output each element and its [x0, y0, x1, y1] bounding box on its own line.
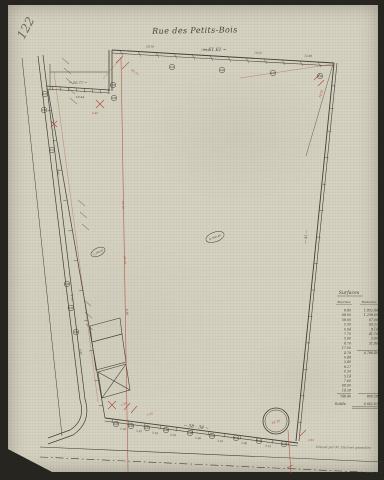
marker-number: 251: [233, 437, 239, 440]
table-cell: 8.14: [371, 327, 378, 331]
road-alignment-red-line: [54, 72, 98, 402]
red-line-measure-a: 41.10: [121, 200, 125, 209]
survey-marker: 253: [281, 441, 287, 447]
building-hatched: [98, 364, 130, 398]
table-cell: 1.298.09: [364, 313, 378, 317]
survey-marker: 233: [110, 82, 116, 88]
survey-marker: 250: [209, 433, 215, 439]
table-cell: 7.60: [344, 379, 351, 383]
bottom-tick-label: 1.70: [120, 427, 127, 432]
table-cell: 3.40: [344, 360, 351, 364]
balance-label: Solde: [335, 401, 347, 406]
marker-number: 237: [49, 149, 55, 152]
parcel-boundary: [46, 50, 337, 446]
survey-marker: 235: [42, 91, 48, 97]
tick-measure-labels: 20.10 18.43 16.25 12.40 8.40 4.76 5.30 1…: [55, 44, 312, 448]
survey-marker: 238: [64, 281, 70, 287]
table-cell: 0.48: [344, 356, 351, 360]
table-title: Surfaces: [339, 290, 360, 296]
balance-double-underline: [352, 407, 378, 408]
table-total-left: 748.40: [340, 395, 351, 399]
table-cell: 8.27: [344, 365, 352, 369]
survey-marker: 240: [73, 329, 79, 335]
table-cell: 58.00: [342, 318, 351, 322]
table-cell: 67.06: [369, 318, 378, 322]
red-note-bottom-right: 2.82: [307, 438, 314, 442]
marker-number: 241: [169, 66, 175, 69]
annex-dimension: ~ 10.77 ~: [69, 81, 88, 85]
balance-value: 6.662.63: [364, 402, 378, 406]
survey-marker: 247: [144, 425, 150, 431]
table-cell: 0.64: [344, 327, 351, 331]
survey-marker: 244: [317, 73, 323, 79]
survey-marker: 242: [219, 67, 225, 73]
marker-number: 243: [270, 72, 276, 75]
far-left-boundary: [22, 58, 62, 436]
table-cell: 5.30: [344, 323, 351, 327]
surveyor-signature: Dressé par M. Charvet géomètre: [315, 445, 371, 450]
marker-number: 235: [42, 93, 48, 96]
survey-marker: 239: [68, 305, 74, 311]
top-tick-label: 20.10: [145, 44, 154, 48]
road-area-value: 1.298.09: [93, 249, 104, 256]
table-cell: 7.70: [344, 332, 351, 336]
road-curb-inner: [43, 55, 87, 444]
marker-number: 246: [128, 425, 134, 428]
table-cell: 69.22: [369, 323, 378, 327]
bottom-tick-label: 2.80: [240, 441, 248, 446]
red-slashes-top-left: [116, 56, 129, 69]
red-line-measure-b: 38.18: [123, 256, 127, 264]
marker-number: 245: [113, 423, 119, 426]
road-lines: [22, 55, 98, 444]
marker-number: 236: [41, 109, 47, 112]
marker-number: 250: [209, 435, 215, 438]
well-dimension: 14.70: [271, 419, 281, 425]
right-boundary-ticks: [298, 86, 336, 423]
marker-number: 253: [281, 443, 287, 446]
well: 14.70: [263, 408, 289, 434]
red-note-left: 3.40: [92, 111, 98, 115]
street-title: Rue des Petits-Bois: [151, 25, 238, 36]
red-annotations: 10.77 3.40 18.91 1.45 2.15 2.82: [51, 56, 324, 468]
annex-thin-lines: [50, 64, 108, 90]
survey-marker: 251: [233, 435, 239, 441]
marker-number: 240: [73, 331, 79, 334]
plan-drawing: 122 Rue des Petits-Bois ~ 61.61 ~: [0, 0, 384, 480]
survey-marker: 248: [163, 427, 169, 433]
marker-number: 244: [317, 75, 323, 78]
red-note-bottom-left-1: 1.45: [120, 401, 127, 407]
marker-number: 248: [163, 429, 169, 432]
survey-markers: 233 234 235 236 237 238 239 240 241 242 …: [41, 64, 323, 447]
survey-marker: 237: [49, 147, 55, 153]
survey-marker: 246: [128, 423, 134, 429]
table-total-right: 800.28: [367, 395, 378, 399]
left-tick-label: 4.76: [69, 294, 74, 302]
annex-sub-dimension: 10.44: [76, 95, 85, 99]
right-boundary: [296, 63, 334, 441]
bottom-tick-label: 4.15: [264, 444, 272, 449]
table-cell: 4.78: [343, 351, 351, 355]
table-cell: 3.60: [371, 337, 378, 341]
table-cell: 5.14: [344, 374, 351, 378]
table-cell: 31.86: [369, 341, 378, 345]
table-cell: 14.38: [342, 388, 351, 392]
survey-marker: 245: [113, 421, 119, 427]
table-col-left: Reprises: [336, 300, 351, 304]
red-note-bottom-left-2: 2.15: [145, 411, 153, 417]
table-col-right: Restantes: [360, 300, 376, 304]
table-cell: 5.60: [344, 337, 351, 341]
marker-number: 239: [68, 307, 74, 310]
survey-marker: 241: [169, 64, 175, 70]
marker-number: 249: [187, 432, 193, 435]
right-side-dimension: — 41 —: [303, 229, 309, 244]
red-survey-lines: 41.10 38.18 5.10: [103, 57, 333, 474]
dimension-labels: ~ 10.77 ~ 10.44 ~ 58 · 38 ~ — 41 —: [69, 81, 309, 432]
survey-marker: 243: [270, 70, 276, 76]
table-cell: 4.76: [343, 341, 351, 345]
building-2: [92, 334, 126, 370]
table-cell: 68.00: [342, 313, 351, 317]
bottom-frontage-dimension: ~ 58 · 38 ~: [183, 423, 209, 431]
right-boundary-inner: [299, 63, 337, 441]
survey-marker: 249: [187, 430, 193, 436]
table-cell: 1.852.44: [364, 309, 378, 313]
red-line-measure-c: 5.10: [125, 309, 129, 316]
table-cell: 41.70: [368, 332, 378, 336]
survey-marker: 252: [256, 438, 262, 444]
top-tick-label: 16.25: [254, 51, 262, 55]
street-axis-dashdot: [40, 457, 382, 473]
bottom-tick-label: 2.60: [194, 436, 202, 441]
table-cell: 8.40: [344, 309, 351, 313]
table-cell: 0.30: [344, 370, 351, 374]
street-axis-lines: [40, 447, 382, 473]
marker-number: 238: [64, 283, 70, 286]
marker-number: 234: [111, 97, 117, 100]
bottom-tick-label: 2.45: [135, 429, 143, 434]
marker-number: 247: [144, 427, 150, 430]
left-tick-label: 8.40: [55, 169, 60, 176]
top-tick-label: 18.43: [201, 48, 209, 52]
survey-marker: 234: [111, 95, 117, 101]
top-tick-label: 12.40: [304, 54, 312, 58]
bottom-tick-label: 3.10: [152, 431, 159, 436]
bottom-tick-label: 4.05: [169, 433, 177, 438]
scanned-survey-plan: 122 Rue des Petits-Bois ~ 61.61 ~: [0, 0, 384, 480]
table-cell: 17.00: [342, 346, 351, 350]
survey-marker: 236: [41, 107, 47, 113]
top-boundary-inner: [112, 53, 334, 66]
marker-number: 242: [219, 69, 225, 72]
surfaces-table: Surfaces Reprises Restantes 8.40 1.852.4…: [335, 290, 378, 408]
table-cell: 68.60: [342, 384, 351, 388]
folio-number: 122: [14, 15, 37, 42]
bottom-tick-label: 3.25: [217, 439, 224, 444]
torn-corner: [6, 448, 54, 473]
marker-number: 233: [110, 84, 116, 87]
marker-number: 252: [256, 440, 262, 443]
red-note-top-left: 10.77: [130, 68, 139, 77]
area-labels: 6.788.40 1.298.09: [90, 229, 226, 259]
table-subtotal: 6.788.40: [364, 351, 378, 355]
